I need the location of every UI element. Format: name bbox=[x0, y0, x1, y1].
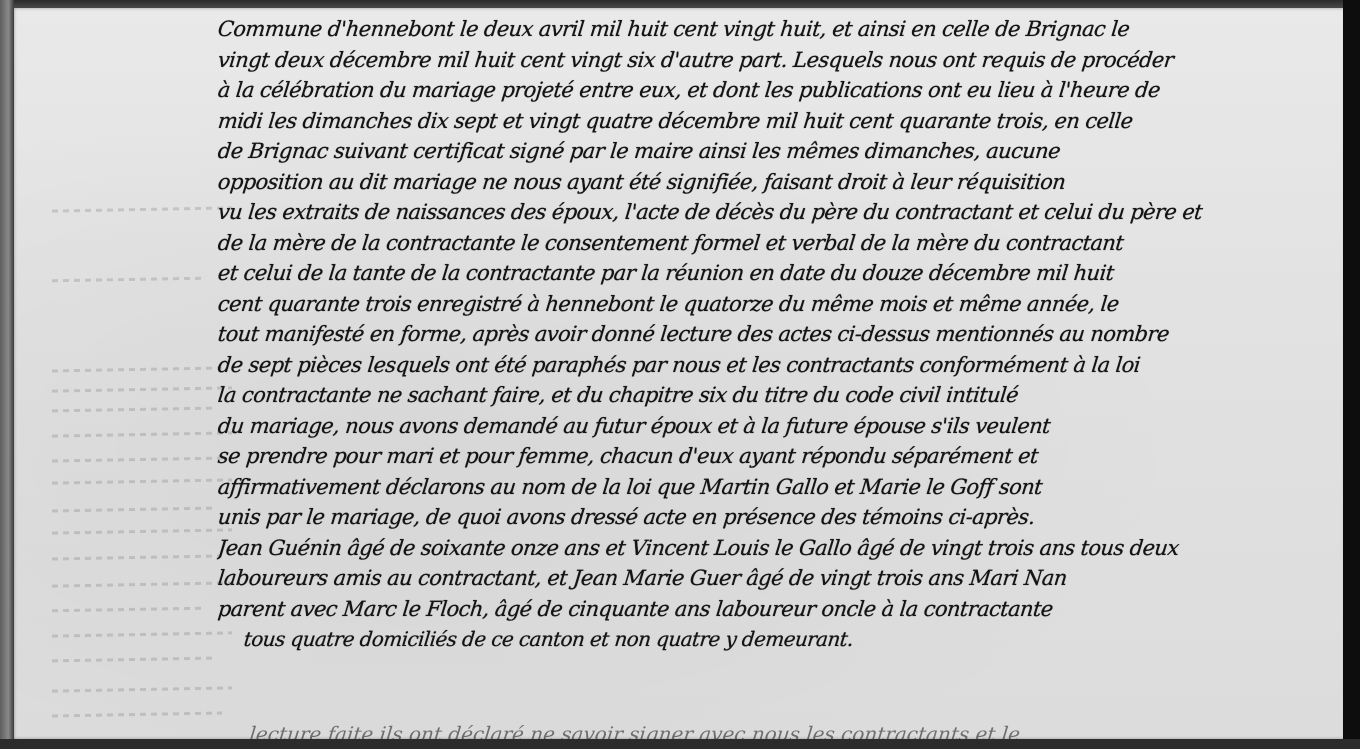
text-line: tous quatre domiciliés de ce canton et n… bbox=[216, 624, 1329, 655]
text-line: affirmativement déclarons au nom de la l… bbox=[216, 472, 1329, 503]
bleed-through-mark bbox=[52, 277, 202, 283]
viewer-bottom-bar bbox=[0, 739, 1360, 749]
text-line: vu les extraits de naissances des époux,… bbox=[216, 197, 1329, 228]
handwritten-text-block: Commune d'hennebont le deux avril mil hu… bbox=[218, 14, 1328, 655]
text-line: tout manifesté en forme, après avoir don… bbox=[216, 319, 1329, 350]
text-line: et celui de la tante de la contractante … bbox=[216, 258, 1329, 289]
bleed-through-mark bbox=[52, 507, 217, 513]
text-line: Jean Guénin âgé de soixante onze ans et … bbox=[216, 533, 1329, 564]
text-line: parent avec Marc le Floch, âgé de cinqua… bbox=[216, 594, 1329, 625]
bleed-through-mark bbox=[52, 367, 222, 373]
bleed-through-mark bbox=[52, 206, 232, 212]
text-line: se prendre pour mari et pour femme, chac… bbox=[216, 441, 1329, 472]
bleed-through-mark bbox=[52, 686, 232, 692]
bleed-through-mark bbox=[52, 478, 232, 484]
bleed-through-mark bbox=[52, 386, 232, 392]
text-line: unis par le mariage, de quoi avons dress… bbox=[216, 502, 1329, 533]
text-line: du mariage, nous avons demandé au futur … bbox=[216, 411, 1329, 442]
page-binding-edge bbox=[0, 0, 14, 740]
bleed-through-mark bbox=[52, 528, 232, 534]
bleed-through-mark bbox=[52, 431, 232, 437]
text-line: de sept pièces lesquels ont été paraphés… bbox=[216, 350, 1329, 381]
document-viewer: Commune d'hennebont le deux avril mil hu… bbox=[0, 0, 1360, 749]
scan-right-edge bbox=[1343, 0, 1360, 749]
text-line: Commune d'hennebont le deux avril mil hu… bbox=[216, 14, 1329, 45]
text-line: la contractante ne sachant faire, et du … bbox=[216, 380, 1329, 411]
text-line: opposition au dit mariage ne nous ayant … bbox=[216, 167, 1329, 198]
bleed-through-mark bbox=[52, 631, 232, 637]
text-line: de Brignac suivant certificat signé par … bbox=[216, 136, 1329, 167]
bleed-through-mark bbox=[52, 581, 232, 587]
scan-top-edge bbox=[0, 0, 1360, 8]
text-line: cent quarante trois enregistré à hennebo… bbox=[216, 289, 1329, 320]
bleed-through-mark bbox=[52, 456, 227, 462]
bleed-through-mark bbox=[52, 555, 222, 561]
bleed-through-mark bbox=[52, 407, 212, 413]
text-line: vingt deux décembre mil huit cent vingt … bbox=[216, 45, 1329, 76]
text-line: à la célébration du mariage projeté entr… bbox=[216, 75, 1329, 106]
bleed-through-mark bbox=[52, 607, 202, 613]
text-line: de la mère de la contractante le consent… bbox=[216, 228, 1329, 259]
bleed-through-mark bbox=[52, 657, 212, 663]
text-line: midi les dimanches dix sept et vingt qua… bbox=[216, 106, 1329, 137]
text-line: laboureurs amis au contractant, et Jean … bbox=[216, 563, 1329, 594]
bleed-through-mark bbox=[52, 712, 222, 718]
cut-off-text-line: lecture faite ils ont déclaré ne savoir … bbox=[249, 722, 1021, 739]
